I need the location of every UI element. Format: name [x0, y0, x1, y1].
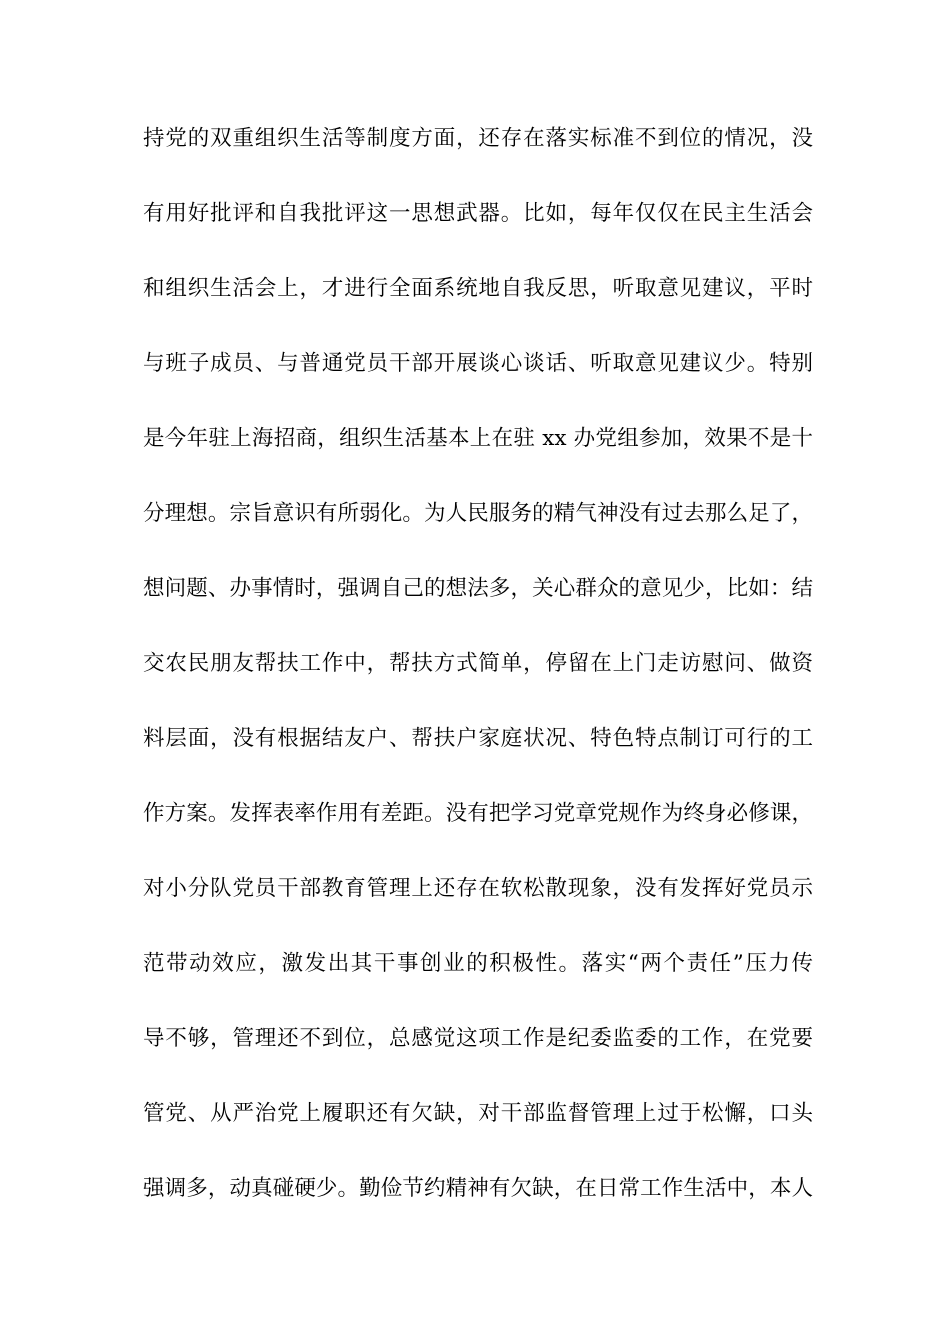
text-line: 交农民朋友帮扶工作中，帮扶方式简单，停留在上门走访慰问、做资 — [143, 626, 813, 701]
text-line: 分理想。宗旨意识有所弱化。为人民服务的精气神没有过去那么足了， — [143, 476, 813, 551]
document-page: 持党的双重组织生活等制度方面，还存在落实标准不到位的情况，没 有用好批评和自我批… — [0, 0, 950, 1344]
text-line: 和组织生活会上，才进行全面系统地自我反思，听取意见建议，平时 — [143, 251, 813, 326]
text-line: 想问题、办事情时，强调自己的想法多，关心群众的意见少，比如：结 — [143, 551, 813, 626]
document-body: 持党的双重组织生活等制度方面，还存在落实标准不到位的情况，没 有用好批评和自我批… — [143, 101, 813, 1226]
text-line: 管党、从严治党上履职还有欠缺，对干部监督管理上过于松懈，口头 — [143, 1076, 813, 1151]
text-line: 作方案。发挥表率作用有差距。没有把学习党章党规作为终身必修课， — [143, 776, 813, 851]
text-line: 导不够，管理还不到位，总感觉这项工作是纪委监委的工作，在党要 — [143, 1001, 813, 1076]
text-line: 强调多，动真碰硬少。勤俭节约精神有欠缺，在日常工作生活中，本人 — [143, 1151, 813, 1226]
text-line: 料层面，没有根据结友户、帮扶户家庭状况、特色特点制订可行的工 — [143, 701, 813, 776]
text-line: 范带动效应，激发出其干事创业的积极性。落实“两个责任”压力传 — [143, 926, 813, 1001]
text-line: 与班子成员、与普通党员干部开展谈心谈话、听取意见建议少。特别 — [143, 326, 813, 401]
text-line: 持党的双重组织生活等制度方面，还存在落实标准不到位的情况，没 — [143, 101, 813, 176]
text-line: 是今年驻上海招商，组织生活基本上在驻 xx 办党组参加，效果不是十 — [143, 401, 813, 476]
text-line: 有用好批评和自我批评这一思想武器。比如，每年仅仅在民主生活会 — [143, 176, 813, 251]
text-line: 对小分队党员干部教育管理上还存在软松散现象，没有发挥好党员示 — [143, 851, 813, 926]
